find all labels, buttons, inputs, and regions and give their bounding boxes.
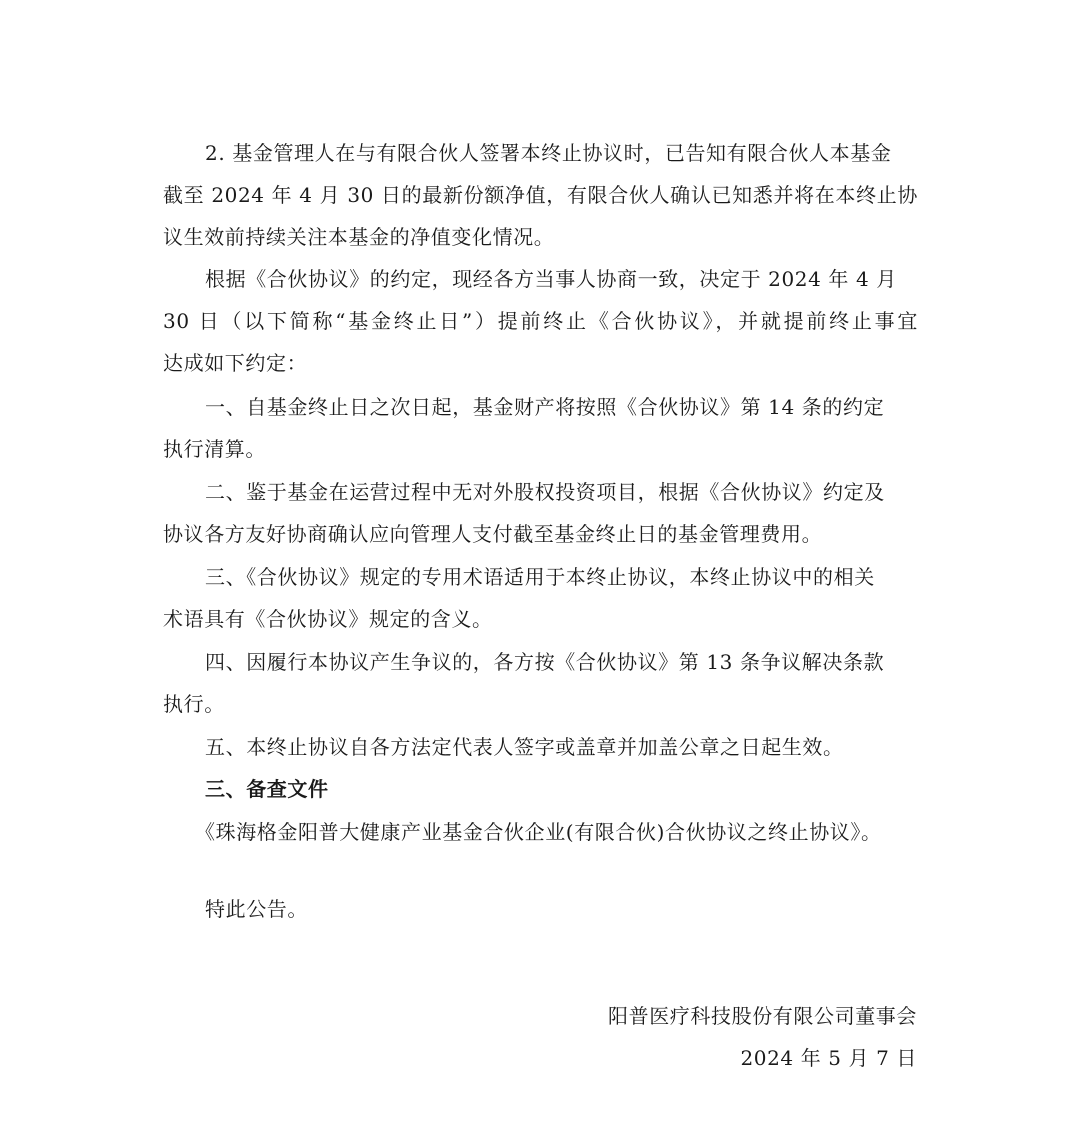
clause-4-line-2: 执行。 bbox=[163, 690, 918, 718]
clause-4-line-1: 四、因履行本协议产生争议的，各方按《合伙协议》第 13 条争议解决条款 bbox=[205, 648, 960, 676]
document-page: 2. 基金管理人在与有限合伙人签署本终止协议时，已告知有限合伙人本基金 截至 2… bbox=[0, 0, 1080, 1128]
signature-organization: 阳普医疗科技股份有限公司董事会 bbox=[608, 1002, 917, 1030]
clause-3-line-1: 三、《合伙协议》规定的专用术语适用于本终止协议，本终止协议中的相关 bbox=[205, 563, 960, 591]
clause-2-line-1: 二、鉴于基金在运营过程中无对外股权投资项目，根据《合伙协议》约定及 bbox=[205, 478, 960, 506]
paragraph-1-line-3: 议生效前持续关注本基金的净值变化情况。 bbox=[163, 223, 918, 251]
closing-statement: 特此公告。 bbox=[205, 895, 960, 923]
clause-1-line-1: 一、自基金终止日之次日起，基金财产将按照《合伙协议》第 14 条的约定 bbox=[205, 393, 960, 421]
section-heading: 三、备查文件 bbox=[205, 775, 960, 803]
reference-document: 《珠海格金阳普大健康产业基金合伙企业(有限合伙)合伙协议之终止协议》。 bbox=[195, 818, 950, 846]
paragraph-1-line-2: 截至 2024 年 4 月 30 日的最新份额净值，有限合伙人确认已知悉并将在本… bbox=[163, 181, 918, 209]
paragraph-1-line-1: 2. 基金管理人在与有限合伙人签署本终止协议时，已告知有限合伙人本基金 bbox=[205, 139, 960, 167]
paragraph-2-line-3: 达成如下约定： bbox=[163, 349, 918, 377]
clause-2-line-2: 协议各方友好协商确认应向管理人支付截至基金终止日的基金管理费用。 bbox=[163, 520, 918, 548]
clause-3-line-2: 术语具有《合伙协议》规定的含义。 bbox=[163, 605, 918, 633]
paragraph-2-line-1: 根据《合伙协议》的约定，现经各方当事人协商一致，决定于 2024 年 4 月 bbox=[205, 265, 960, 293]
paragraph-2-line-2: 30 日（以下简称“基金终止日”）提前终止《合伙协议》，并就提前终止事宜 bbox=[163, 307, 918, 335]
signature-date: 2024 年 5 月 7 日 bbox=[740, 1044, 917, 1072]
clause-1-line-2: 执行清算。 bbox=[163, 435, 918, 463]
clause-5-line-1: 五、本终止协议自各方法定代表人签字或盖章并加盖公章之日起生效。 bbox=[205, 733, 960, 761]
